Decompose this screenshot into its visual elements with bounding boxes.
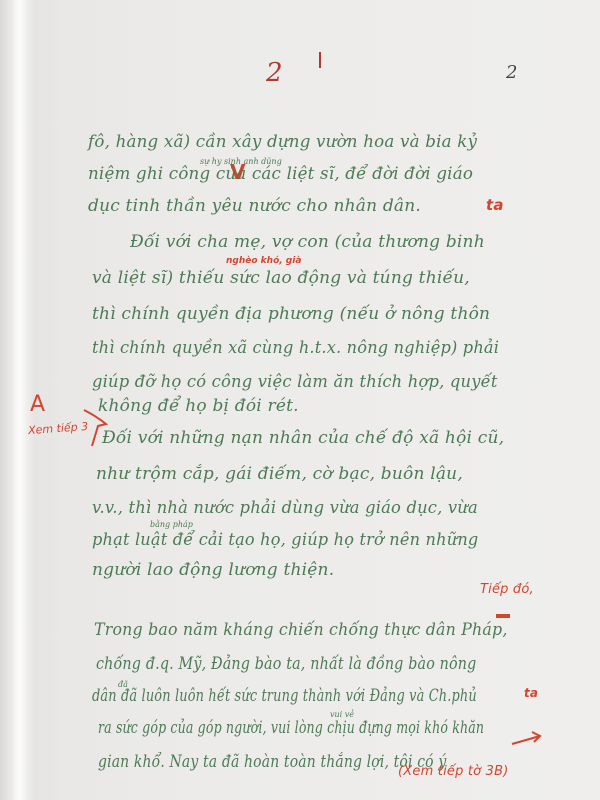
continuation-arrow-icon — [510, 728, 544, 750]
manuscript-line: chống đ.q. Mỹ, Đảng bào ta, nhất là đồng… — [96, 654, 476, 674]
manuscript-line: giúp đỡ họ có công việc làm ăn thích hợp… — [92, 372, 498, 392]
manuscript-line: và liệt sĩ) thiếu sức lao động và túng t… — [92, 268, 470, 288]
margin-letter-a: A — [30, 392, 45, 417]
manuscript-line: v.v., thì nhà nước phải dùng vừa giáo dụ… — [92, 498, 478, 518]
manuscript-line: như trộm cắp, gái điếm, cờ bạc, buôn lậu… — [96, 464, 463, 484]
annotation-ta: ta — [486, 196, 504, 214]
interlinear-insert: bằng pháp — [150, 520, 193, 529]
manuscript-line: Đối với cha mẹ, vợ con (của thương binh — [130, 232, 485, 252]
manuscript-line: người lao động lương thiện. — [92, 560, 334, 580]
manuscript-line: ra sức góp của góp người, vui lòng chịu … — [98, 718, 484, 738]
deletion-mark — [496, 614, 510, 618]
manuscript-line: dục tinh thần yêu nước cho nhân dân. — [88, 196, 421, 216]
manuscript-line: không để họ bị đói rét. — [98, 396, 299, 416]
manuscript-line: niệm ghi công của các liệt sĩ, để đời đờ… — [88, 164, 473, 184]
margin-note: Xem tiếp 3 — [28, 420, 89, 437]
annotation-tiep-do: Tiếp đó, — [480, 582, 534, 597]
page-glare — [12, 0, 26, 800]
manuscript-line: thì chính quyền địa phương (nếu ở nông t… — [92, 304, 490, 324]
manuscript-line: gian khổ. Nay ta đã hoàn toàn thắng lợi,… — [98, 752, 446, 772]
manuscript-line: Đối với những nạn nhân của chế độ xã hội… — [102, 428, 504, 448]
manuscript-line: dân đã luôn luôn hết sức trung thành với… — [92, 686, 477, 706]
page-number: 2 — [506, 62, 517, 83]
manuscript-line: fô, hàng xã) cần xây dựng vườn hoa và bi… — [88, 132, 477, 152]
annotation-ta-2: ta — [524, 686, 538, 700]
interlinear-insert: nghèo khó, già — [226, 256, 301, 266]
manuscript-line: thì chính quyền xã cùng h.t.x. nông nghi… — [92, 338, 499, 358]
red-tick-mark — [319, 52, 321, 68]
red-page-number: 2 — [266, 58, 283, 88]
annotation-xem-tiep: (Xem tiếp tờ 3B) — [398, 764, 509, 779]
manuscript-page: 2 2 fô, hàng xã) cần xây dựng vườn hoa v… — [0, 0, 600, 800]
manuscript-line: Trong bao năm kháng chiến chống thực dân… — [94, 620, 508, 640]
manuscript-line: phạt luật để cải tạo họ, giúp họ trở nên… — [92, 530, 478, 550]
